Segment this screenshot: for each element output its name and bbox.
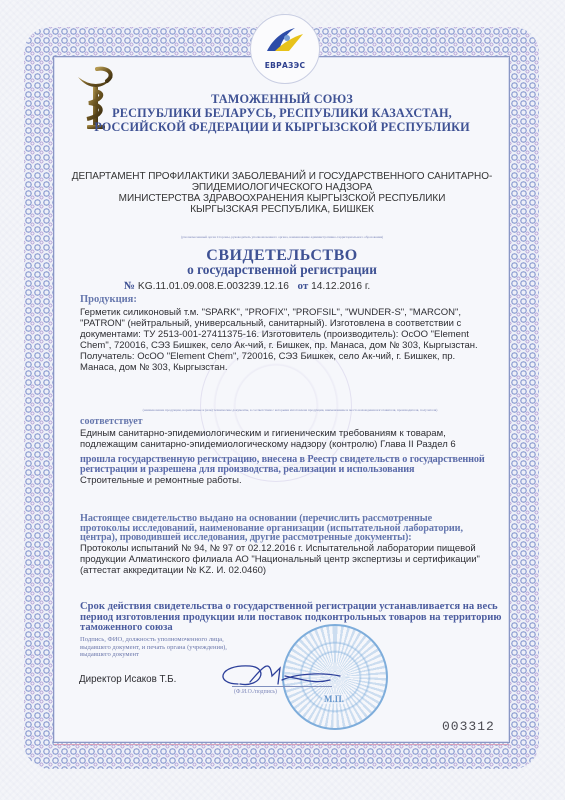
- authority-caption: (уполномоченный орган Стороны, руководит…: [76, 235, 488, 240]
- eurasec-logo: ЕВРАЗЭС: [250, 14, 320, 84]
- signature-note-line: выдавшего документ, и печать органа (учр…: [80, 644, 280, 652]
- product-line: документами: ТУ 2513-001-27411375-16. Из…: [80, 329, 500, 340]
- basis-text: Протоколы испытаний № 94, № 97 от 02.12.…: [80, 543, 505, 576]
- signature-line: [232, 686, 332, 687]
- compliance-label: соответствует: [80, 416, 492, 427]
- union-line: ТАМОЖЕННЫЙ СОЮЗ: [76, 92, 488, 106]
- basis-line: центра), проводившей исследования, други…: [80, 533, 505, 543]
- basis-statement: Настоящее свидетельство выдано на основа…: [80, 514, 505, 543]
- compliance-text: Единым санитарно-эпидемиологическим и ги…: [80, 428, 500, 450]
- validity-statement: Срок действия свидетельства о государств…: [80, 602, 510, 634]
- union-line: РОССИЙСКОЙ ФЕДЕРАЦИИ И КЫРГЫЗСКОЙ РЕСПУБ…: [76, 120, 488, 134]
- product-line: Герметик силиконовый т.м. "SPARK", "PROF…: [80, 307, 500, 318]
- compliance-line: Единым санитарно-эпидемиологическим и ги…: [80, 428, 500, 439]
- department-line: МИНИСТЕРСТВА ЗДРАВООХРАНЕНИЯ КЫРГЫЗСКОЙ …: [70, 193, 494, 204]
- department-line: КЫРГЫЗСКАЯ РЕСПУБЛИКА, БИШКЕК: [70, 204, 494, 215]
- compliance-line: подлежащим санитарно-эпидемиологическому…: [80, 439, 500, 450]
- number-label: №: [124, 280, 135, 292]
- product-line: "PATRON" (нейтральный, универсальный, са…: [80, 318, 500, 329]
- product-line: Получатель: ОсОО "Element Chem", 720016,…: [80, 351, 500, 362]
- department-line: ЭПИДЕМИОЛОГИЧЕСКОГО НАДЗОРА: [70, 182, 494, 193]
- registration-line: регистрации и разрешена для производства…: [80, 465, 505, 475]
- basis-text-line: (аттестат аккредитации № KZ. И. 02.0460): [80, 565, 505, 576]
- basis-text-line: продукции Алматинского филиала АО "Нацио…: [80, 554, 505, 565]
- product-line: Манаса, дом № 303, Кыргызстан.: [80, 362, 500, 373]
- number-value: KG.11.01.09.008.E.003239.12.16: [138, 281, 289, 292]
- department-line: ДЕПАРТАМЕНТ ПРОФИЛАКТИКИ ЗАБОЛЕВАНИЙ И Г…: [70, 171, 494, 182]
- product-line: Chem", 720016, СЭЗ Бишкек, село Ак-чий, …: [80, 340, 500, 351]
- date-value: 14.12.2016 г.: [311, 281, 370, 292]
- registration-number: № KG.11.01.09.008.E.003239.12.16 от 14.1…: [124, 280, 370, 292]
- union-line: РЕСПУБЛИКИ БЕЛАРУСЬ, РЕСПУБЛИКИ КАЗАХСТА…: [76, 106, 488, 120]
- product-description: Герметик силиконовый т.м. "SPARK", "PROF…: [80, 307, 500, 373]
- validity-line: таможенного союза: [80, 623, 510, 634]
- basis-text-line: Протоколы испытаний № 94, № 97 от 02.12.…: [80, 543, 505, 554]
- date-label: от: [297, 280, 308, 292]
- handwritten-signature: [210, 654, 350, 694]
- stamp-mp-text: М.П.: [322, 694, 346, 704]
- product-caption: (наименование продукции, нормативные и (…: [80, 408, 500, 413]
- signature-note-line: Подпись, ФИО, должность уполномоченного …: [80, 636, 280, 644]
- customs-union-header: ТАМОЖЕННЫЙ СОЮЗ РЕСПУБЛИКИ БЕЛАРУСЬ, РЕС…: [76, 92, 488, 134]
- registration-statement: прошла государственную регистрацию, внес…: [80, 455, 505, 474]
- usage-text: Строительные и ремонтные работы.: [80, 475, 492, 486]
- product-label: Продукция:: [80, 294, 492, 305]
- department-header: ДЕПАРТАМЕНТ ПРОФИЛАКТИКИ ЗАБОЛЕВАНИЙ И Г…: [70, 171, 494, 215]
- eurasec-logo-text: ЕВРАЗЭС: [265, 61, 306, 70]
- validity-line: Срок действия свидетельства о государств…: [80, 602, 510, 613]
- certificate-subtitle: о государственной регистрации: [76, 263, 488, 277]
- eurasec-emblem-icon: [265, 25, 305, 55]
- fio-caption: (Ф.И.О./подпись): [234, 689, 277, 695]
- serial-number: 003312: [442, 719, 495, 734]
